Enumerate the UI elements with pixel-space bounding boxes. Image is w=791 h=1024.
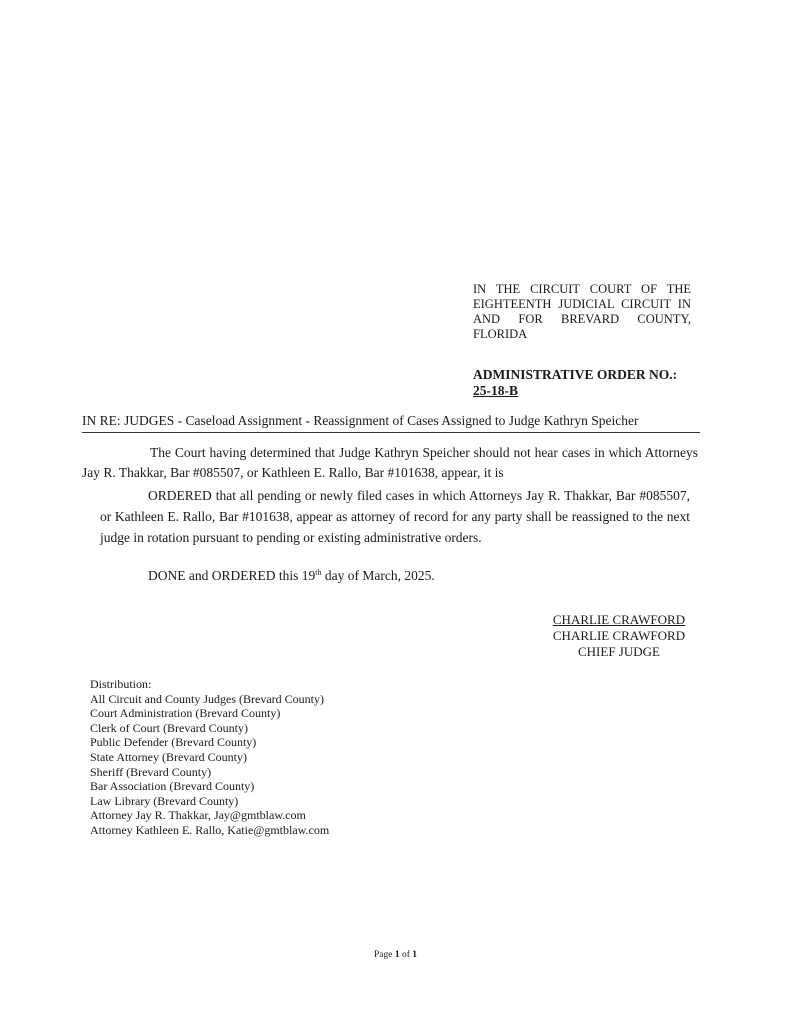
order-label: ADMINISTRATIVE ORDER NO.: [473,367,713,383]
court-caption: IN THE CIRCUIT COURT OF THE EIGHTEENTH J… [473,282,691,342]
list-item: Sheriff (Brevard County) [90,765,329,780]
order-number: 25-18-B [473,383,518,398]
list-item: Bar Association (Brevard County) [90,779,329,794]
list-item: Attorney Jay R. Thakkar, Jay@gmtblaw.com [90,808,329,823]
list-item: Court Administration (Brevard County) [90,706,329,721]
list-item: State Attorney (Brevard County) [90,750,329,765]
court-line: AND FOR BREVARD COUNTY, [473,312,691,327]
court-line: IN THE CIRCUIT COURT OF THE [473,282,691,297]
in-re-heading: IN RE: JUDGES - Caseload Assignment - Re… [82,413,700,433]
list-item: All Circuit and County Judges (Brevard C… [90,692,329,707]
judge-title: CHIEF JUDGE [520,644,718,660]
printed-name: CHARLIE CRAWFORD [520,628,718,644]
order-number-block: ADMINISTRATIVE ORDER NO.: 25-18-B [473,367,713,399]
page-footer: Page 1 of 1 [0,950,791,960]
paragraph-ordered: ORDERED that all pending or newly filed … [100,485,690,548]
distribution-list: Distribution: All Circuit and County Jud… [90,677,329,838]
signature-block: CHARLIE CRAWFORD CHARLIE CRAWFORD CHIEF … [520,612,718,660]
court-line: EIGHTEENTH JUDICIAL CIRCUIT IN [473,297,691,312]
list-item: Law Library (Brevard County) [90,794,329,809]
paragraph-determination: The Court having determined that Judge K… [82,443,698,483]
list-item: Attorney Kathleen E. Rallo, Katie@gmtbla… [90,823,329,838]
distribution-label: Distribution: [90,677,329,692]
done-and-ordered: DONE and ORDERED this 19th day of March,… [148,568,435,584]
page-total: 1 [412,950,417,960]
list-item: Clerk of Court (Brevard County) [90,721,329,736]
page-current: 1 [395,950,400,960]
signature: CHARLIE CRAWFORD [553,612,685,627]
list-item: Public Defender (Brevard County) [90,735,329,750]
court-line: FLORIDA [473,327,691,342]
